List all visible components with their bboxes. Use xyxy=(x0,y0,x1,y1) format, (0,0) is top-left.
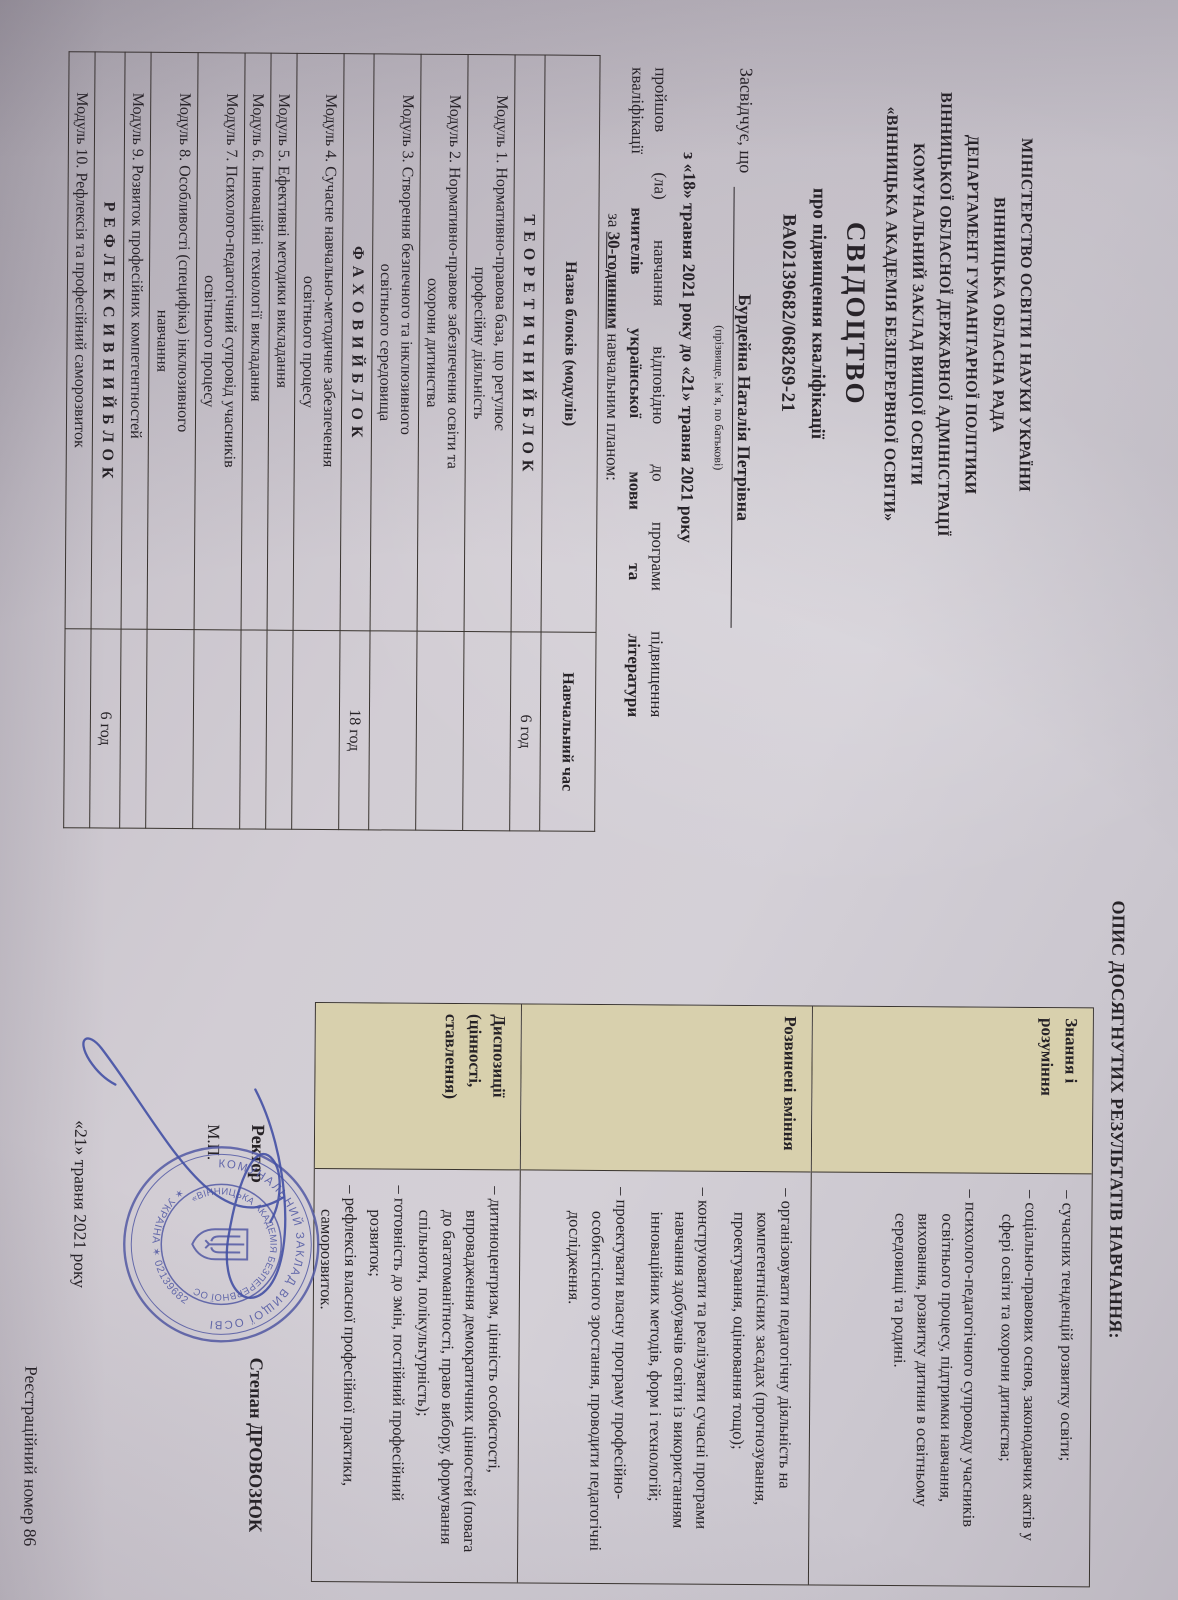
results-row: Знання і розуміння– сучасних тенденцій р… xyxy=(808,1006,1093,1586)
program-line-2: кваліфікації вчителів української мови т… xyxy=(622,67,650,717)
program-line-1: пройшов (ла) навчання відповідно до прог… xyxy=(645,67,673,717)
module-title-line: Модуль 5. Ефективні методики викладання xyxy=(270,60,295,624)
rector-signature xyxy=(31,968,334,1400)
hours-value: 6 год xyxy=(90,629,121,828)
hours-value xyxy=(240,630,267,829)
results-bullet: – конструювати та реалізувати сучасні пр… xyxy=(643,1187,716,1569)
module-title-line: охорони дитинства xyxy=(420,61,445,625)
program-specialty: вчителів української мови та літератури xyxy=(624,207,647,717)
results-title: ОПИС ДОСЯГНУТИХ РЕЗУЛЬТАТІВ НАВЧАННЯ: xyxy=(1104,901,1128,1371)
results-bullet: – організовувати педагогічну діяльність … xyxy=(726,1188,799,1570)
results-row-content: – сучасних тенденцій розвитку освіти;– с… xyxy=(809,1172,1092,1586)
block-row: Ф А Х О В И Й Б Л О К18 год xyxy=(339,54,374,830)
ministry-header: МІНІСТЕРСТВО ОСВІТИ І НАУКИ УКРАЇНИВІННИ… xyxy=(875,54,1041,575)
module-title-line: Модуль 4. Сучасне навчально-методичне за… xyxy=(317,60,342,624)
results-row-content: – організовувати педагогічну діяльність … xyxy=(518,1170,811,1584)
module-title-line: освітнього процесу xyxy=(296,60,321,624)
hours-value: 18 год xyxy=(339,631,370,830)
results-row: Розвинені вміння– організовувати педагог… xyxy=(517,1004,812,1584)
results-bullet: – сучасних тенденцій розвитку освіти; xyxy=(1053,1190,1079,1572)
module-title-line: Модуль 6. Інноваційні технології виклада… xyxy=(244,59,269,623)
results-row-label: Знання і розуміння xyxy=(812,1006,1093,1174)
col-header-blocks: Назва блоків (модулів) xyxy=(541,55,600,632)
module-title-line: Модуль 2. Нормативно-правове забезпеченн… xyxy=(441,61,466,625)
module-title: Модуль 3. Створення безпечного та інклюз… xyxy=(370,54,421,631)
hours-value: 6 год xyxy=(510,632,541,831)
hours-value xyxy=(120,629,147,828)
module-row: Модуль 4. Сучасне навчально-методичне за… xyxy=(292,53,344,829)
module-title-line: Модуль 1. Нормативно-правова база, що ре… xyxy=(488,61,513,625)
module-title: Модуль 7. Психолого-педагогічний супрові… xyxy=(194,53,245,630)
signature-stroke-icon xyxy=(31,968,334,1400)
block-title: Т Е О Р Е Т И Ч Н И Й Б Л О К xyxy=(511,55,545,632)
hours-value xyxy=(146,629,194,828)
results-bullet: – проектувати власну програму професійно… xyxy=(561,1187,634,1569)
results-bullet: – соціально-правових основ, законодавчих… xyxy=(993,1190,1043,1572)
results-row-label: Диспозиції (цінності, ставлення) xyxy=(315,1003,521,1170)
certificate-title: СВІДОЦТВО xyxy=(838,54,873,574)
program-paragraph: пройшов (ла) навчання відповідно до прог… xyxy=(622,67,673,717)
block-row: Р Е Ф Л Е К С И В Н И Й Б Л О К6 год xyxy=(90,52,125,828)
module-title: Модуль 9. Розвиток професійних компетент… xyxy=(121,52,151,629)
module-title: Модуль 1. Нормативно-правова база, що ре… xyxy=(464,55,515,632)
results-bullet: – дитиноцентризм, цінність особистості, … xyxy=(411,1186,508,1569)
module-title: Модуль 2. Нормативно-правове забезпеченн… xyxy=(417,54,468,631)
modules-table: Назва блоків (модулів) Навчальний час Т … xyxy=(63,51,600,832)
module-title-line: навчання xyxy=(150,59,175,623)
results-row: Диспозиції (цінності, ставлення)– дитино… xyxy=(312,1003,521,1582)
certificate-subtitle: про підвищення кваліфікації xyxy=(805,53,831,573)
module-row: Модуль 5. Ефективні методики викладання xyxy=(266,53,297,829)
photo-of-certificate: МІНІСТЕРСТВО ОСВІТИ І НАУКИ УКРАЇНИВІННИ… xyxy=(0,0,1178,1600)
module-title-line: Модуль 3. Створення безпечного та інклюз… xyxy=(394,61,419,625)
col-header-hours: Навчальний час xyxy=(540,632,596,831)
hours-value xyxy=(369,631,417,830)
module-title-line: Модуль 9. Розвиток професійних компетент… xyxy=(124,59,149,623)
ministry-header-line-6: «ВІННИЦЬКА АКАДЕМІЯ БЕЗПЕРЕРВНОЇ ОСВІТИ» xyxy=(875,54,906,574)
block-title: Р Е Ф Л Е К С И В Н И Й Б Л О К xyxy=(91,52,125,629)
module-title-line: професійну діяльність xyxy=(467,61,492,625)
hours-value xyxy=(463,632,511,831)
module-title: Модуль 10. Рефлексія та професійний само… xyxy=(65,52,95,629)
hours-value xyxy=(416,631,464,830)
plan-line: за 30-годинним навчальним планом: xyxy=(601,67,625,627)
results-row-label: Розвинені вміння xyxy=(521,1004,812,1172)
block-row: Т Е О Р Е Т И Ч Н И Й Б Л О К6 год xyxy=(510,55,545,831)
module-title-line: освітнього процесу xyxy=(197,59,222,623)
certifies-label: Засвідчує, що xyxy=(734,68,757,173)
ministry-header-line-2: ВІННИЦЬКА ОБЛАСНА РАДА xyxy=(983,55,1014,575)
plan-hours: 30-годинним xyxy=(604,232,624,329)
hours-value xyxy=(266,630,293,829)
module-row: Модуль 2. Нормативно-правове забезпеченн… xyxy=(416,54,468,830)
study-period: з «18» травня 2021 року до «21» травня 2… xyxy=(676,68,701,628)
module-row: Модуль 10. Рефлексія та професійний само… xyxy=(64,52,95,828)
results-bullet: – готовність до змін, постійний професій… xyxy=(362,1185,412,1567)
module-title-line: Модуль 8. Особливості (специфіка) інклюз… xyxy=(171,59,196,623)
hours-value xyxy=(193,630,241,829)
results-table: Знання і розуміння– сучасних тенденцій р… xyxy=(311,1002,1094,1587)
module-row: Модуль 7. Психолого-педагогічний супрові… xyxy=(193,53,245,829)
module-title-line: Модуль 7. Психолого-педагогічний супрові… xyxy=(218,59,243,623)
module-title: Модуль 6. Інноваційні технології виклада… xyxy=(241,53,271,630)
recipient-name: Бурдейна Наталія Петрівна xyxy=(731,187,756,628)
module-title: Модуль 8. Особливості (специфіка) інклюз… xyxy=(147,52,198,629)
ministry-header-line-3: ДЕПАРТАМЕНТ ГУМАНІТАРНОЇ ПОЛІТИКИ xyxy=(956,54,987,574)
name-caption: (прізвище, ім’я, по батькові) xyxy=(710,233,727,563)
module-row: Модуль 9. Розвиток професійних компетент… xyxy=(120,52,151,828)
modules-table-header-row: Назва блоків (модулів) Навчальний час xyxy=(540,55,600,831)
block-title: Ф А Х О В И Й Б Л О К xyxy=(340,54,374,631)
hours-value xyxy=(292,630,340,829)
module-row: Модуль 6. Інноваційні технології виклада… xyxy=(240,53,271,829)
document-page: МІНІСТЕРСТВО ОСВІТИ І НАУКИ УКРАЇНИВІННИ… xyxy=(0,0,1178,1596)
results-row-content: – дитиноцентризм, цінність особистості, … xyxy=(312,1169,520,1582)
hours-value xyxy=(64,629,91,828)
ministry-header-line-5: КОМУНАЛЬНИЙ ЗАКЛАД ВИЩОЇ ОСВІТИ xyxy=(902,54,933,574)
module-title-line: Модуль 10. Рефлексія та професійний само… xyxy=(68,58,93,622)
attestation-line: Засвідчує, що Бурдейна Наталія Петрівна xyxy=(731,68,757,628)
module-row: Модуль 8. Особливості (специфіка) інклюз… xyxy=(146,52,198,828)
certificate-number: ВА02139682/068269-21 xyxy=(775,53,801,573)
results-bullet: – психолого-педагогічного супроводу учас… xyxy=(886,1189,983,1572)
module-row: Модуль 3. Створення безпечного та інклюз… xyxy=(369,54,421,830)
module-title: Модуль 5. Ефективні методики викладання xyxy=(267,53,297,630)
ministry-header-line-4: ВІННИЦЬКОЇ ОБЛАСНОЇ ДЕРЖАВНОЇ АДМІНІСТРА… xyxy=(929,54,960,574)
module-title-line: освітнього середовища xyxy=(373,60,398,624)
module-title: Модуль 4. Сучасне навчально-методичне за… xyxy=(293,53,344,630)
module-row: Модуль 1. Нормативно-правова база, що ре… xyxy=(463,55,515,831)
ministry-header-line-1: МІНІСТЕРСТВО ОСВІТИ І НАУКИ УКРАЇНИ xyxy=(1010,55,1041,575)
